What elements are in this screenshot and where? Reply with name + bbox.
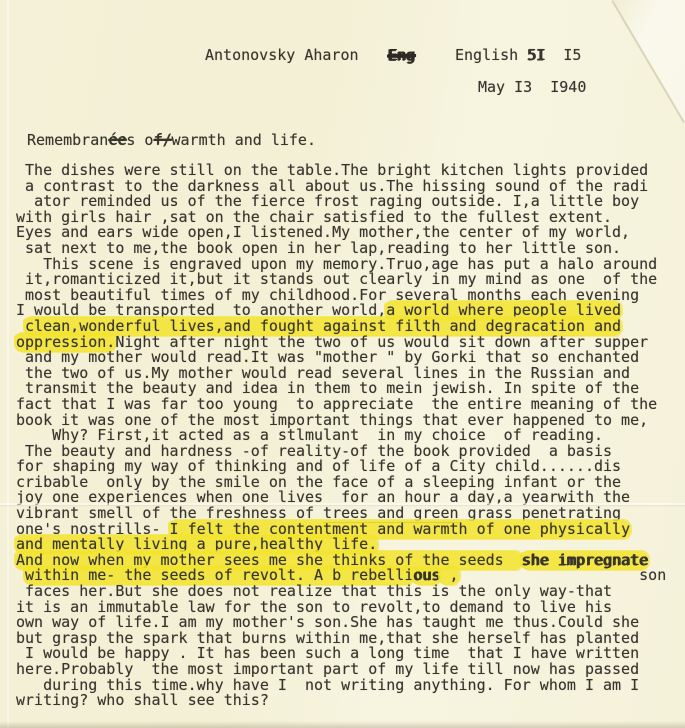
page-crease-vertical	[7, 0, 9, 728]
header-date: May I3 I940	[478, 80, 586, 96]
page-edge-shadow	[0, 721, 685, 728]
scanned-document-page: Antonovsky Aharon Eng English 5I I5 May …	[0, 0, 685, 728]
handwritten-strike: f/	[153, 131, 171, 149]
handwritten-strike: ée	[108, 131, 126, 149]
text-line: writing? who shall see this?	[16, 693, 685, 709]
page-crease-horizontal	[0, 503, 685, 505]
header-struck-word: Eng	[388, 48, 415, 64]
typed-text: son	[639, 566, 666, 584]
document-lines: The dishes were still on the table.The b…	[16, 163, 685, 709]
header-course: English 5I I5	[455, 48, 581, 64]
header-author-name: Antonovsky Aharon	[205, 48, 359, 64]
typed-text: Remembran	[27, 131, 108, 149]
course-label: English	[455, 46, 527, 64]
course-section: I5	[545, 46, 581, 64]
course-number-overtyped: 5I	[527, 46, 545, 64]
typed-text: s o	[126, 131, 153, 149]
typed-text: writing? who shall see this?	[16, 691, 269, 709]
typed-text: warmth and life.	[172, 131, 317, 149]
document-title: Remembranées of/warmth and life.	[27, 133, 316, 149]
